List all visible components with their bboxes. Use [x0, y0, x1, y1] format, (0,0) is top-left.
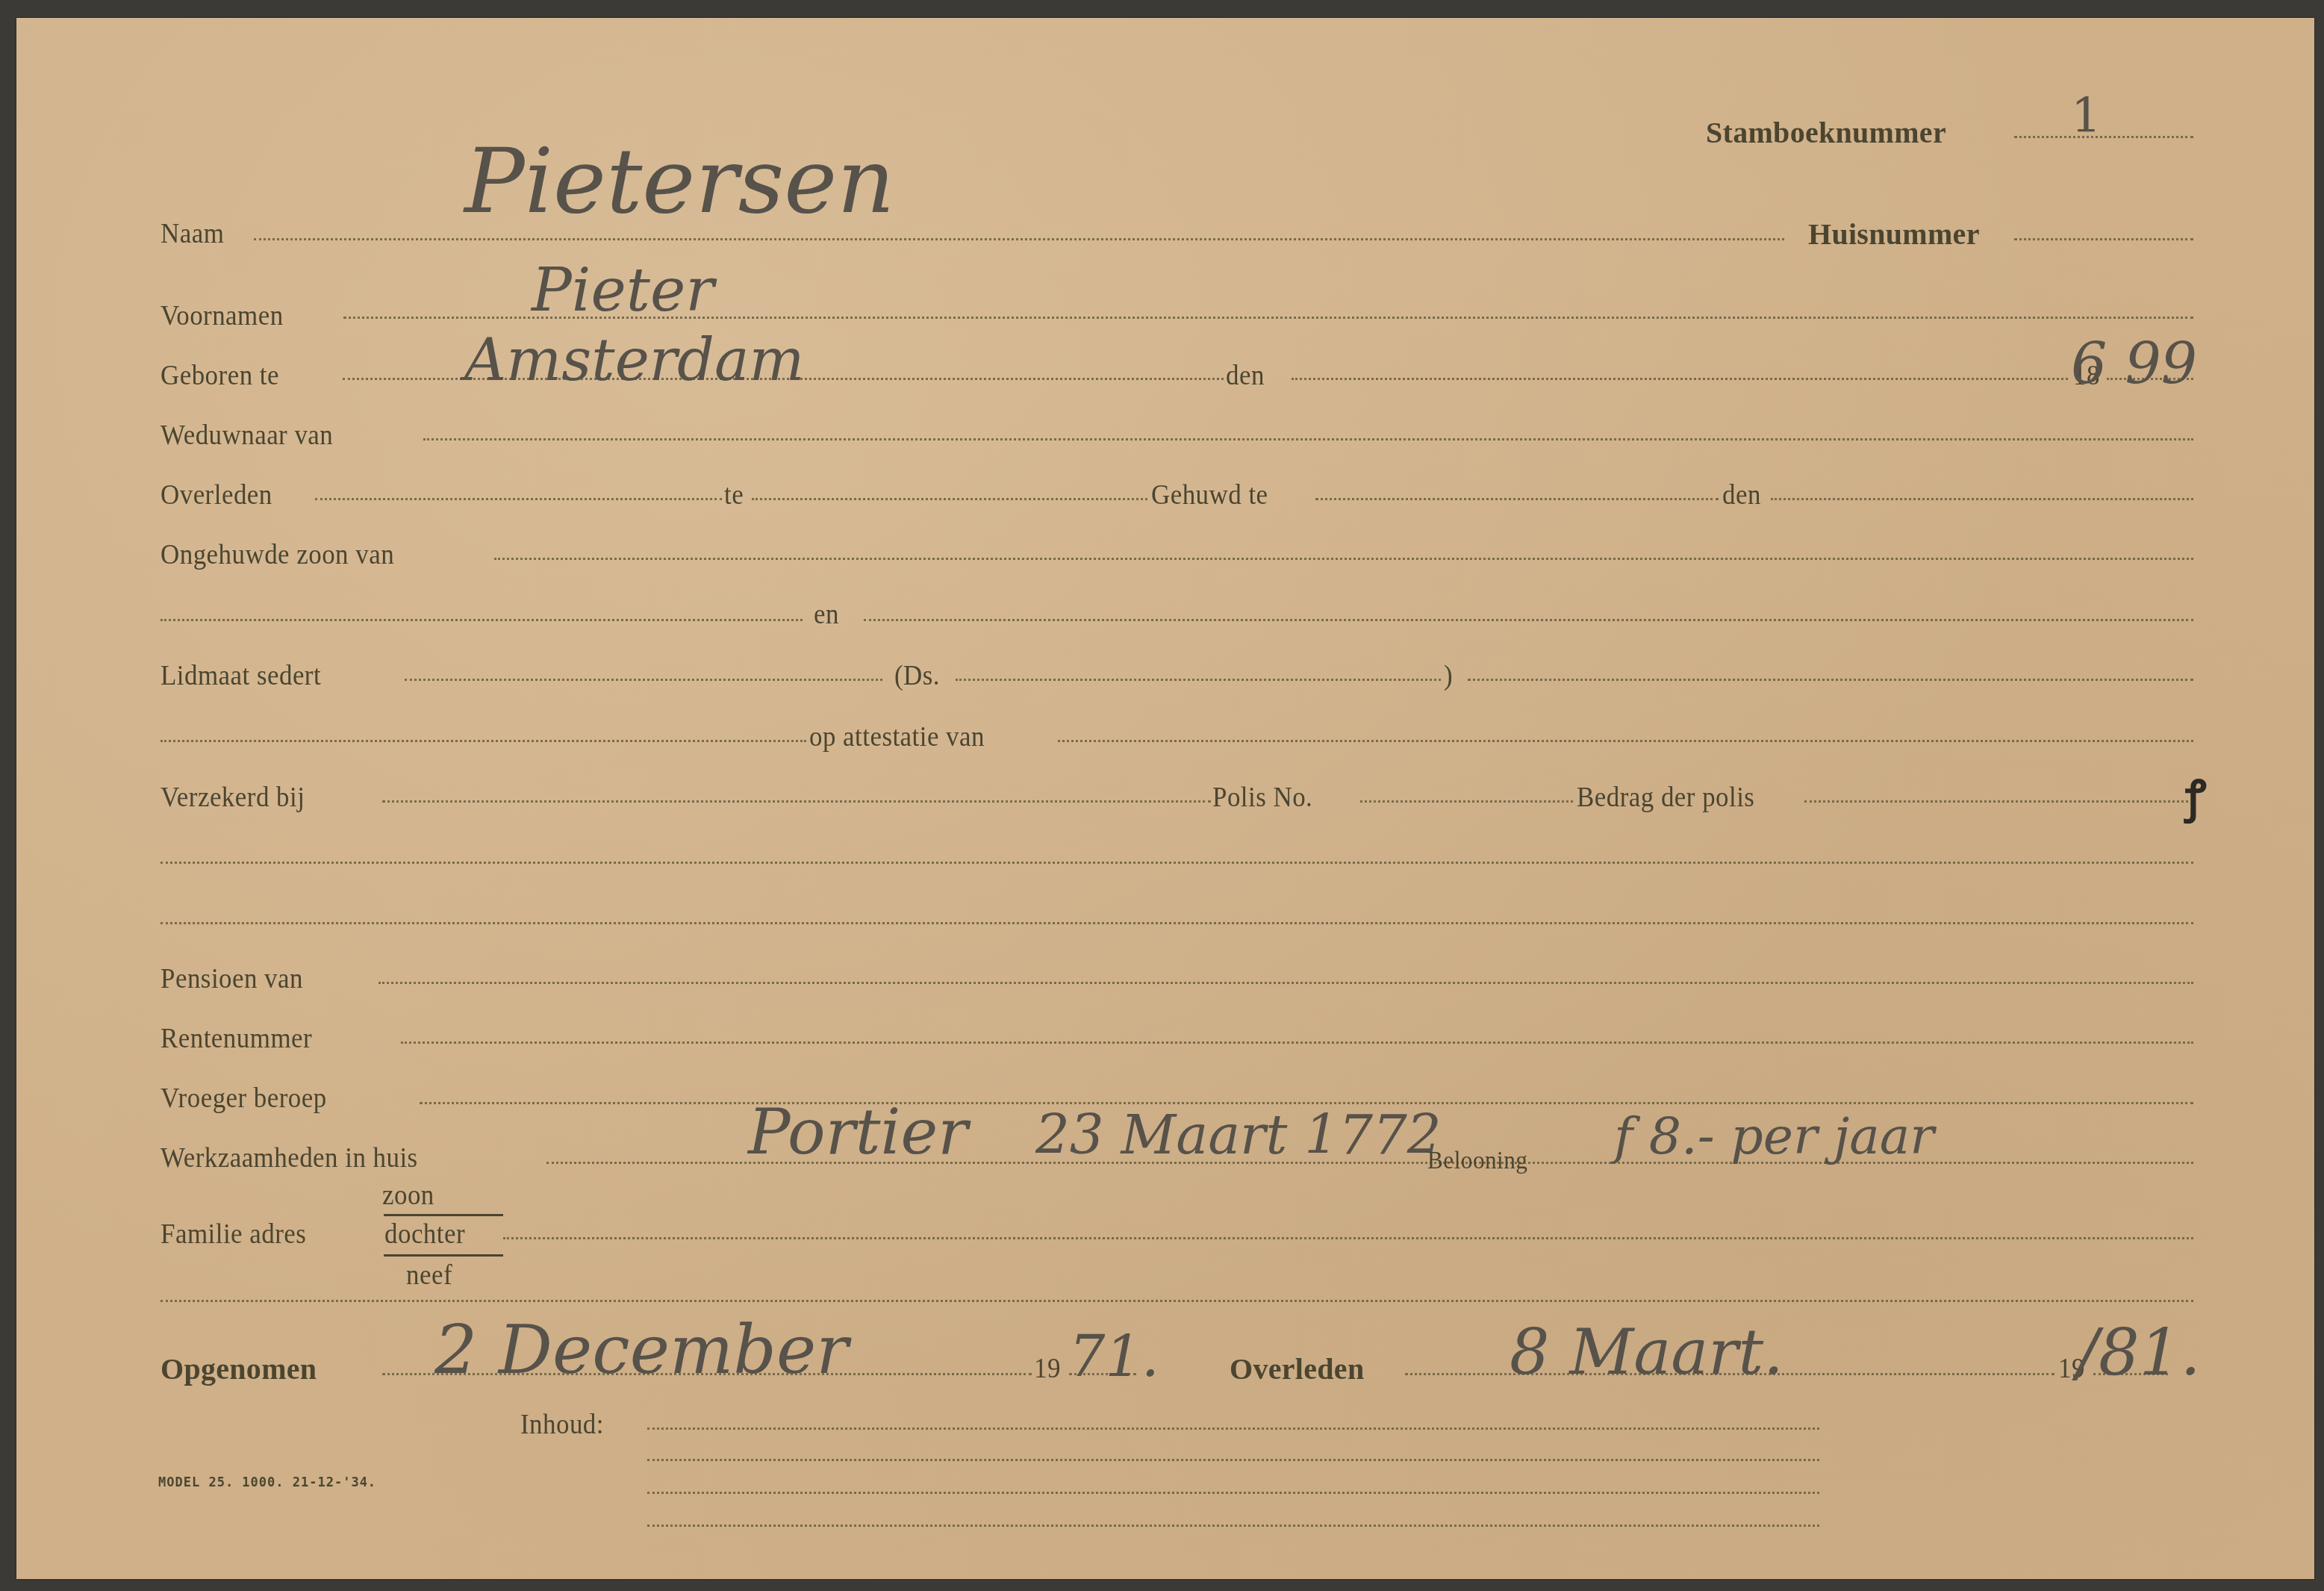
naam-line [254, 238, 1784, 240]
vroeger-beroep-label: Vroeger beroep [161, 1084, 327, 1112]
familie-label: Familie adres [161, 1220, 306, 1248]
verzekerd-label: Verzekerd bij [161, 783, 305, 812]
gehuwd-te-label: Gehuwd te [1151, 481, 1268, 509]
familie-option-dochter: dochter [384, 1220, 465, 1248]
voornamen-label: Voornamen [161, 302, 284, 330]
lidmaat-label: Lidmaat sedert [161, 661, 321, 690]
familie-rule-bottom [384, 1254, 503, 1257]
ongehuwde-line [494, 558, 2193, 560]
overleden-footer-value[interactable]: 8 Maart. [1510, 1321, 1784, 1383]
inhoud-line-4 [647, 1525, 1819, 1527]
attestatie-label: op attestatie van [809, 723, 985, 751]
overleden-te-label: te [724, 481, 744, 509]
parent1-line [161, 619, 803, 621]
werkzaamheden-value[interactable]: Portier [748, 1100, 968, 1163]
polis-no-label: Polis No. [1212, 783, 1312, 812]
bedrag-label: Bedrag der polis [1577, 783, 1754, 812]
attestatie-line [1058, 740, 2193, 742]
ds-line [956, 679, 1441, 681]
verzekerd-line [382, 800, 1211, 803]
opgenomen-year-digits: 71. [1069, 1328, 1159, 1385]
stamboeknummer-line [2014, 136, 2193, 138]
pensioen-line [378, 982, 2193, 984]
rentenummer-line [401, 1042, 2193, 1044]
inhoud-label: Inhoud: [520, 1410, 604, 1439]
attestatie-before-line [161, 740, 806, 742]
familie-rule-top [384, 1214, 503, 1216]
weduwnaar-line [423, 438, 2193, 440]
familie-option-zoon: zoon [382, 1181, 434, 1209]
gehuwd-den-line [1771, 498, 2193, 500]
voornamen-value[interactable]: Pieter [532, 261, 714, 320]
familie-line [503, 1237, 2193, 1239]
stamboeknummer-label: Stamboeknummer [1706, 118, 1946, 148]
ds-close: ) [1444, 661, 1453, 690]
margin-mark: ꝭ [2185, 765, 2206, 826]
pensioen-label: Pensioen van [161, 965, 303, 993]
polis-no-line [1360, 800, 1573, 803]
inhoud-line-3 [647, 1492, 1819, 1494]
gehuwd-te-line [1315, 498, 1719, 500]
opgenomen-label: Opgenomen [161, 1354, 317, 1384]
geboren-den-line [1292, 378, 2068, 380]
overleden-label: Overleden [161, 481, 272, 509]
bedrag-line [1804, 800, 2193, 803]
overleden-footer-label: Overleden [1230, 1354, 1364, 1384]
geboren-den-label: den [1226, 361, 1265, 390]
weduwnaar-label: Weduwnaar van [161, 421, 333, 449]
huisnummer-label: Huisnummer [1808, 219, 1980, 249]
naam-label: Naam [161, 219, 224, 248]
belooning-label: Belooning [1427, 1148, 1527, 1174]
en-label: en [814, 600, 839, 629]
blank-line-1 [161, 862, 2193, 864]
belooning-value[interactable]: f 8.- per jaar [1614, 1112, 1934, 1162]
blank-line-2 [161, 922, 2193, 924]
overleden-te-line [752, 498, 1147, 500]
gehuwd-den-label: den [1722, 481, 1761, 509]
familie-option-neef: neef [406, 1261, 452, 1289]
familie-line-2 [161, 1300, 2193, 1302]
parent2-line [864, 619, 2193, 621]
werkzaamheden-label: Werkzaamheden in huis [161, 1144, 418, 1172]
model-text: MODEL 25. 1000. 21-12-'34. [158, 1475, 376, 1490]
ongehuwde-label: Ongehuwde zoon van [161, 541, 394, 569]
lidmaat-line [405, 679, 882, 681]
inhoud-line-2 [647, 1459, 1819, 1461]
overleden-year-digits: /81. [2077, 1321, 2201, 1385]
geboren-te-value[interactable]: Amsterdam [464, 331, 805, 390]
record-card: Stamboeknummer 1 Naam Pietersen Huisnumm… [16, 18, 2314, 1579]
overleden-line [315, 498, 722, 500]
stamboeknummer-value[interactable]: 1 [2071, 93, 2102, 140]
ds-after-line [1468, 679, 2193, 681]
huisnummer-line [2014, 238, 2193, 240]
werkzaamheden-date[interactable]: 23 Maart 1772 [1035, 1108, 1442, 1162]
inhoud-line-1 [647, 1427, 1819, 1430]
opgenomen-value[interactable]: 2 December [434, 1317, 848, 1384]
ds-label: (Ds. [894, 661, 940, 690]
geboren-te-label: Geboren te [161, 361, 279, 390]
rentenummer-label: Rentenummer [161, 1024, 312, 1053]
naam-value[interactable]: Pietersen [464, 137, 895, 227]
geboren-year-value[interactable]: 6 99 [2071, 335, 2197, 392]
